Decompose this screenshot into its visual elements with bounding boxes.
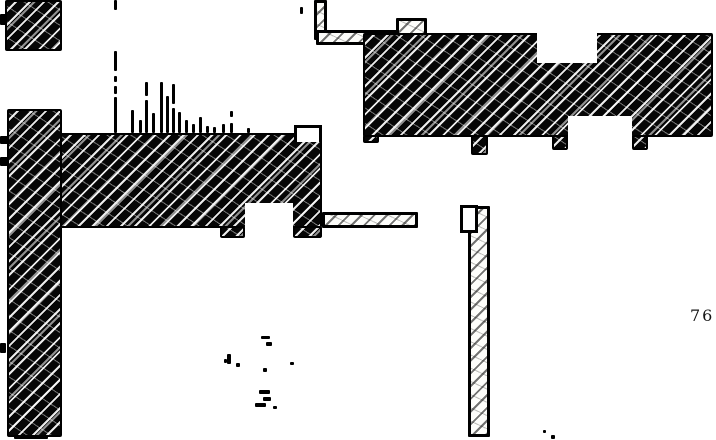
dashed-construction-line: [172, 84, 175, 104]
faint-number-annotation: 76: [690, 306, 714, 325]
dashed-construction-line: [114, 51, 117, 71]
ink-speck: [290, 362, 294, 365]
left-edge-tab-a: [0, 14, 7, 25]
ink-speck: [261, 336, 270, 339]
mass-foot-2: [552, 135, 568, 150]
dashed-construction-line: [131, 110, 134, 133]
top-left-block: [5, 0, 62, 51]
lintel-foot-right: [293, 226, 322, 238]
ink-speck: [259, 390, 270, 394]
left-edge-tab-d: [0, 343, 6, 353]
dashed-construction-line: [172, 108, 175, 133]
ink-speck: [227, 354, 231, 364]
dashed-construction-line: [230, 111, 233, 117]
ink-speck: [543, 430, 546, 433]
dashed-construction-line: [166, 96, 169, 133]
dashed-construction-line: [114, 86, 117, 94]
ink-speck: [224, 359, 227, 363]
ink-speck: [255, 403, 266, 407]
dashed-construction-line: [114, 0, 117, 10]
dashed-construction-line: [145, 82, 148, 96]
ink-speck: [266, 342, 272, 346]
dashed-construction-line: [192, 124, 195, 133]
dashed-construction-line: [139, 120, 142, 133]
left-edge-tab-c: [0, 157, 8, 166]
dashed-construction-line: [160, 82, 163, 133]
dashed-construction-line: [206, 126, 209, 133]
scanned-drawing-canvas: 76: [0, 0, 716, 440]
ledge-strip: [322, 212, 418, 228]
top-speck: [300, 7, 303, 14]
ink-speck: [263, 397, 271, 401]
mass-foot-1: [471, 135, 488, 155]
column-bottom-ragged: [14, 436, 48, 439]
dashed-construction-line: [178, 112, 181, 133]
left-edge-tab-b: [0, 136, 8, 144]
mass-bottom-notch: [568, 116, 632, 140]
dashed-construction-line: [114, 76, 117, 82]
ink-speck: [263, 368, 267, 372]
mass-top-notch: [537, 30, 597, 63]
mass-foot-3: [632, 135, 648, 150]
dashed-construction-line: [222, 124, 225, 133]
right-post-hook: [460, 205, 478, 233]
dashed-construction-line: [230, 123, 233, 133]
lintel-foot-left: [220, 226, 245, 238]
lintel-bottom-notch: [245, 203, 293, 229]
lintel-hook: [294, 125, 322, 142]
mass-foot-left: [363, 135, 379, 143]
dashed-construction-line: [114, 97, 117, 133]
ink-speck: [551, 435, 555, 439]
left-column: [7, 109, 62, 437]
dashed-construction-line: [185, 120, 188, 133]
dashed-construction-line: [145, 100, 148, 133]
right-post: [468, 206, 490, 437]
ink-speck: [273, 406, 277, 409]
ink-speck: [236, 363, 240, 367]
dashed-construction-line: [199, 117, 202, 133]
dashed-construction-line: [152, 113, 155, 133]
